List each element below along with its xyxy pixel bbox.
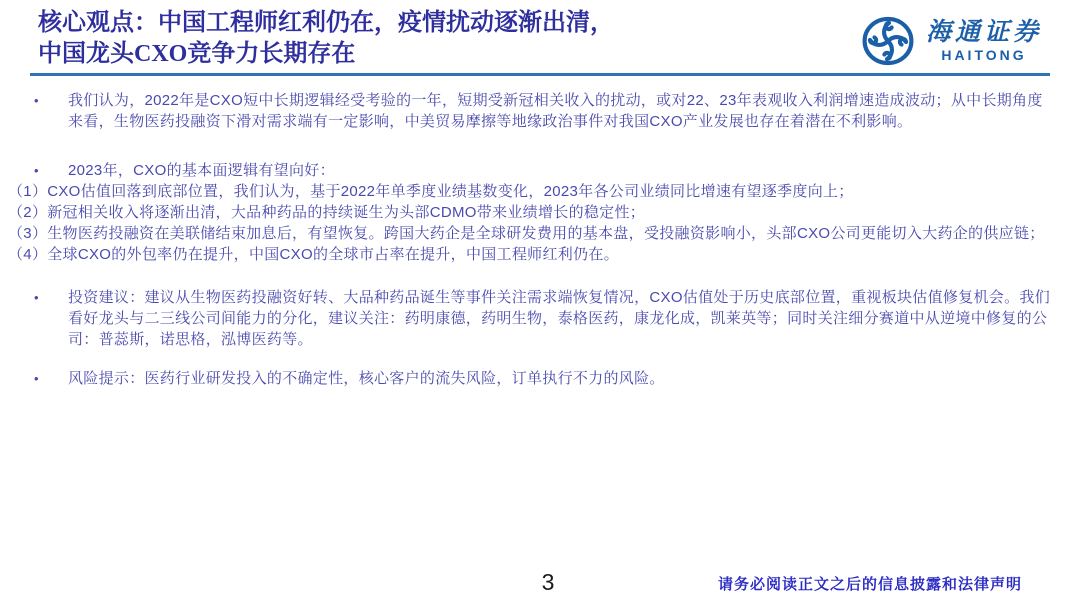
page-title: 核心观点：中国工程师红利仍在，疫情扰动逐渐出清， 中国龙头CXO竞争力长期存在 (38, 8, 838, 70)
bullet-item-2023-outlook: • 2023年，CXO的基本面逻辑有望向好： (8, 160, 1050, 181)
bullet-item-overview: • 我们认为，2022年是CXO短中长期逻辑经受考验的一年，短期受新冠相关收入的… (8, 90, 1050, 132)
bullet-2023-outlook-text: 2023年，CXO的基本面逻辑有望向好： (68, 160, 1050, 181)
bullet-dot: • (8, 287, 68, 350)
numbered-point-4: （4）全球CXO的外包率仍在提升，中国CXO的全球市占率在提升，中国工程师红利仍… (8, 244, 1050, 265)
bullet-dot: • (8, 368, 68, 389)
numbered-point-1: （1）CXO估值回落到底部位置，我们认为，基于2022年单季度业绩基数变化，20… (8, 181, 1050, 202)
bullet-overview-text: 我们认为，2022年是CXO短中长期逻辑经受考验的一年，短期受新冠相关收入的扰动… (68, 90, 1050, 132)
bullet-risk-warning-text: 风险提示：医药行业研发投入的不确定性，核心客户的流失风险，订单执行不力的风险。 (68, 368, 1050, 389)
haitong-logo: 海通证券 HAITONG (860, 14, 1042, 68)
bullet-item-investment-advice: • 投资建议：建议从生物医药投融资好转、大品种药品诞生等事件关注需求端恢复情况，… (8, 287, 1050, 350)
bullet-dot: • (8, 160, 68, 181)
page-title-line2: 中国龙头CXO竞争力长期存在 (38, 39, 838, 70)
page-title-line1: 核心观点：中国工程师红利仍在，疫情扰动逐渐出清， (38, 8, 838, 39)
haitong-logo-en: HAITONG (941, 48, 1026, 62)
haitong-logo-text: 海通证券 HAITONG (926, 20, 1042, 62)
haitong-emblem-icon (860, 14, 916, 68)
haitong-logo-cn: 海通证券 (926, 20, 1042, 45)
header-divider-line (30, 73, 1050, 76)
numbered-point-2: （2）新冠相关收入将逐渐出清，大品种药品的持续诞生为头部CDMO带来业绩增长的稳… (8, 202, 1050, 223)
bullet-investment-advice-text: 投资建议：建议从生物医药投融资好转、大品种药品诞生等事件关注需求端恢复情况，CX… (68, 287, 1050, 350)
page-number: 3 (528, 569, 568, 596)
slide-header: 核心观点：中国工程师红利仍在，疫情扰动逐渐出清， 中国龙头CXO竞争力长期存在 … (0, 0, 1080, 78)
slide-footer: 3 请务必阅读正文之后的信息披露和法律声明 (0, 568, 1080, 608)
bullet-item-risk-warning: • 风险提示：医药行业研发投入的不确定性，核心客户的流失风险，订单执行不力的风险… (8, 368, 1050, 389)
numbered-point-3: （3）生物医药投融资在美联储结束加息后，有望恢复。跨国大药企是全球研发费用的基本… (8, 223, 1050, 244)
bullet-dot: • (8, 90, 68, 132)
slide-body: • 我们认为，2022年是CXO短中长期逻辑经受考验的一年，短期受新冠相关收入的… (8, 90, 1050, 389)
disclaimer-text: 请务必阅读正文之后的信息披露和法律声明 (718, 573, 1022, 594)
